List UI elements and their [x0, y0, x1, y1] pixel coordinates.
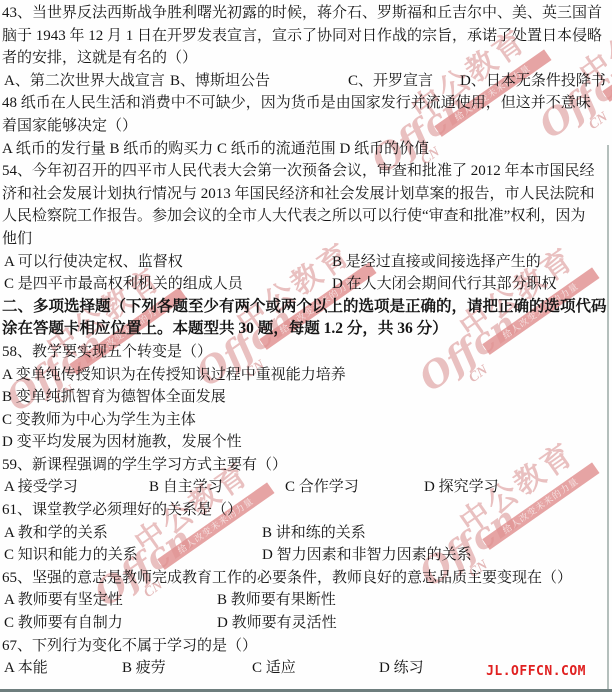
q48-stem-line-1: 48 纸币在人民生活和消费中不可缺少，因为货币是由国家发行并流通使用，但这并不意…: [2, 92, 612, 115]
q43-stem-line-2: 脑于 1943 年 12 月 1 日在开罗发表宣言，宣示了协同对日作战的宗旨，承…: [2, 25, 612, 48]
section2-header-line-2: 涂在答题卡相应位置上。本题型共 30 题，每题 1.2 分，共 36 分）: [2, 318, 612, 341]
q43-option-a: A、第二次世界大战宣言: [4, 70, 165, 93]
q54-option-d: D 在人大闭会期间代行其部分职权: [332, 273, 557, 296]
q58-option-b: B 变单纯抓智育为德智体全面发展: [2, 386, 612, 409]
q61-option-a: A 教和学的关系: [4, 522, 108, 545]
q43-option-b: B、博斯坦公告: [170, 70, 270, 93]
q54-options-row-cd: C 是四平市最高权利机关的组成人员 D 在人大闭会期间代行其部分职权: [2, 273, 612, 296]
section2-header-line-1: 二、多项选择题（下列各题至少有两个或两个以上的选项是正确的，请把正确的选项代码: [2, 296, 612, 319]
q65-options-row-ab: A 教师要有坚定性 B 教师要有果断性: [2, 589, 612, 612]
q54-stem-line-2: 济和社会发展计划执行情况与 2013 年国民经济和社会发展计划草案的报告，市人民…: [2, 183, 612, 206]
q65-option-c: C 教师要有自制力: [4, 612, 123, 635]
q65-options-row-cd: C 教师要有自制力 D 教师要有灵活性: [2, 612, 612, 635]
q43-option-d: D、日本无条件投降书: [460, 70, 606, 93]
q58-option-a: A 变单纯传授知识为在传授知识过程中重视能力培养: [2, 364, 612, 387]
q67-stem: 67、下列行为变化不属于学习的是（）: [2, 635, 612, 658]
q61-options-row-cd: C 知识和能力的关系 D 智力因素和非智力因素的关系: [2, 544, 612, 567]
q67-option-c: C 适应: [252, 657, 296, 680]
exam-document-page: Offcn CN 中公教育 给人改变未来的力量 Offcn CN 中公教育 给人…: [0, 0, 612, 692]
q59-stem: 59、新课程强调的学生学习方式主要有（）: [2, 454, 612, 477]
q65-option-a: A 教师要有坚定性: [4, 589, 123, 612]
q65-option-b: B 教师要有果断性: [217, 589, 336, 612]
q65-stem: 65、坚强的意志是教师完成教育工作的必要条件，教师良好的意志品质主要变现在（）: [2, 567, 612, 590]
q67-option-a: A 本能: [4, 657, 48, 680]
q58-option-c: C 变教师为中心为学生为主体: [2, 409, 612, 432]
q43-stem-line-1: 43、当世界反法西斯战争胜利曙光初露的时候，蒋介石、罗斯福和丘吉尔中、美、英三国…: [2, 2, 612, 25]
q54-option-a: A 可以行使决定权、监督权: [4, 251, 183, 274]
q58-stem: 58、教学要实现五个转变是（）: [2, 341, 612, 364]
q59-option-d: D 探究学习: [424, 476, 499, 499]
q59-option-b: B 自主学习: [149, 476, 223, 499]
q61-options-row-ab: A 教和学的关系 B 讲和练的关系: [2, 522, 612, 545]
q54-option-c: C 是四平市最高权利机关的组成人员: [4, 273, 243, 296]
q67-option-d: D 练习: [379, 657, 424, 680]
q48-stem-line-2: 着国家能够决定（）: [2, 115, 612, 138]
q59-options-row: A 接受学习 B 自主学习 C 合作学习 D 探究学习: [2, 476, 612, 499]
q61-option-d: D 智力因素和非智力因素的关系: [262, 544, 472, 567]
site-url: JL.OFFCN.COM: [486, 664, 586, 679]
q59-option-a: A 接受学习: [4, 476, 78, 499]
q54-stem-line-1: 54、今年初召开的四平市人民代表大会第一次预备会议，审查和批准了 2012 年本…: [2, 160, 612, 183]
q61-option-c: C 知识和能力的关系: [4, 544, 138, 567]
q54-options-row-ab: A 可以行使决定权、监督权 B 是经过直接或间接选择产生的: [2, 251, 612, 274]
q48-options-row: A 纸币的发行量 B 纸币的购买力 C 纸币的流通范围 D 纸币的价值: [2, 138, 612, 161]
q67-option-b: B 疲劳: [122, 657, 166, 680]
q61-stem: 61、课堂教学必须理好的关系是（）: [2, 499, 612, 522]
q43-options-row: A、第二次世界大战宣言 B、博斯坦公告 C、开罗宣言 D、日本无条件投降书: [2, 70, 612, 93]
q43-stem-line-3: 者的安排，这就是有名的（）: [2, 47, 612, 70]
q65-option-d: D 教师要有灵活性: [217, 612, 337, 635]
q43-option-c: C、开罗宣言: [348, 70, 433, 93]
q54-stem-line-3: 人民检察院工作报告。参加会议的全市人大代表之所以可以行使“审查和批准”权利，因为: [2, 205, 612, 228]
q61-option-b: B 讲和练的关系: [262, 522, 366, 545]
q59-option-c: C 合作学习: [285, 476, 359, 499]
q54-option-b: B 是经过直接或间接选择产生的: [332, 251, 541, 274]
q54-stem-line-4: 他们: [2, 228, 612, 251]
q58-option-d: D 变平均发展为因材施教，发展个性: [2, 431, 612, 454]
exam-text-body: 43、当世界反法西斯战争胜利曙光初露的时候，蒋介石、罗斯福和丘吉尔中、美、英三国…: [2, 2, 612, 680]
